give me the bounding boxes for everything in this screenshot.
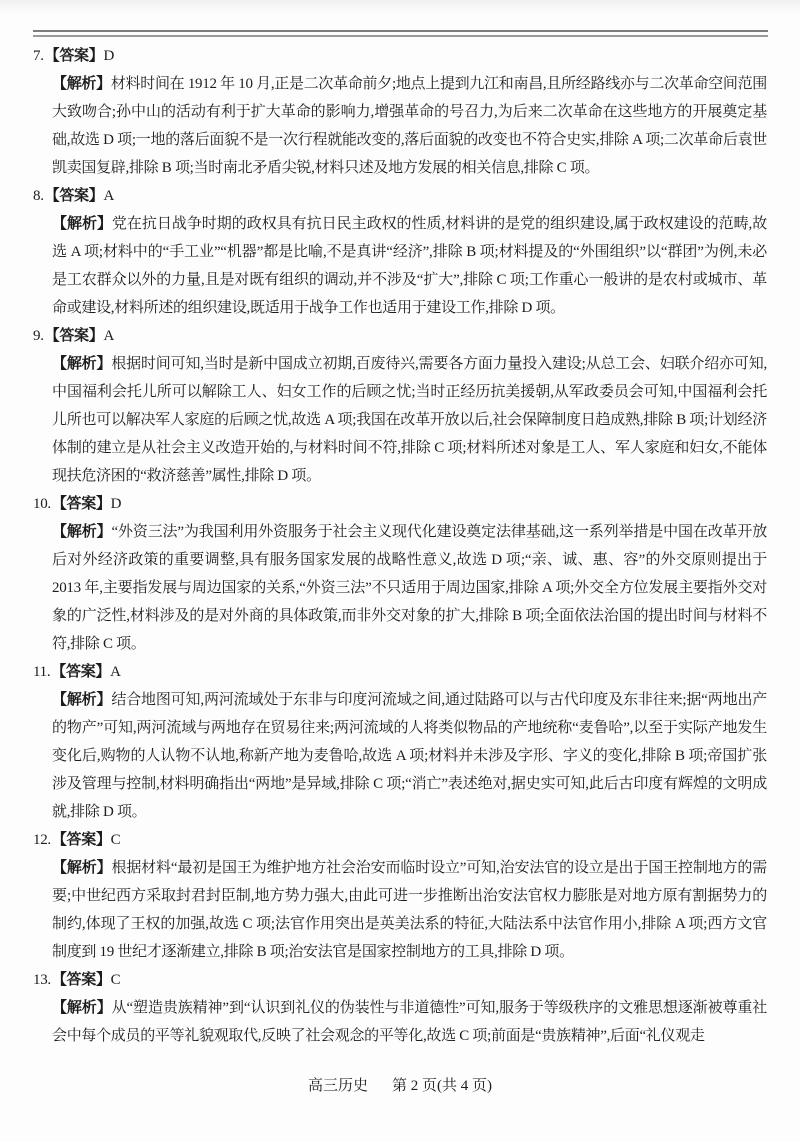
analysis-paragraph: 【解析】从“塑造贵族精神”到“认识到礼仪的伪装性与非道德性”可知,服务于等级秩序… <box>52 994 767 1050</box>
analysis-paragraph: 【解析】根据时间可知,当时是新中国成立初期,百废待兴,需要各方面力量投入建设;从… <box>52 350 767 490</box>
answer-label: 【答案】 <box>52 972 111 988</box>
analysis-label: 【解析】 <box>52 692 111 708</box>
answer-label: 【答案】 <box>52 496 111 512</box>
answer-item: 8.【答案】A 【解析】党在抗日战争时期的政权具有抗日民主政权的性质,材料讲的是… <box>33 182 767 322</box>
analysis-paragraph: 【解析】材料时间在 1912 年 10 月,正是二次革命前夕;地点上提到九江和南… <box>52 70 767 182</box>
analysis-text: “外资三法”为我国利用外资服务于社会主义现代化建设奠定法律基础,这一系列举措是中… <box>52 524 767 652</box>
answer-line: 10.【答案】D <box>33 490 767 518</box>
answer-item: 10.【答案】D 【解析】“外资三法”为我国利用外资服务于社会主义现代化建设奠定… <box>33 490 767 658</box>
page-footer: 高三历史第 2 页(共 4 页) <box>0 1072 800 1100</box>
answer-line: 12.【答案】C <box>33 826 767 854</box>
answer-line: 9.【答案】A <box>33 322 767 350</box>
answer-value: A <box>103 188 114 204</box>
answer-value: A <box>103 328 114 344</box>
answer-value: C <box>111 832 121 848</box>
analysis-paragraph: 【解析】结合地图可知,两河流域处于东非与印度河流域之间,通过陆路可以与古代印度及… <box>52 686 767 826</box>
analysis-text: 根据时间可知,当时是新中国成立初期,百废待兴,需要各方面力量投入建设;从总工会、… <box>52 356 767 484</box>
question-number: 12. <box>33 832 52 848</box>
analysis-text: 材料时间在 1912 年 10 月,正是二次革命前夕;地点上提到九江和南昌,且所… <box>52 76 767 176</box>
footer-course-title: 高三历史 <box>308 1078 368 1094</box>
analysis-label: 【解析】 <box>52 216 112 232</box>
answer-item: 11.【答案】A 【解析】结合地图可知,两河流域处于东非与印度河流域之间,通过陆… <box>33 658 767 826</box>
analysis-text: 结合地图可知,两河流域处于东非与印度河流域之间,通过陆路可以与古代印度及东非往来… <box>52 692 767 820</box>
question-number: 8. <box>33 188 45 204</box>
analysis-label: 【解析】 <box>52 860 111 876</box>
analysis-label: 【解析】 <box>52 524 111 540</box>
answer-key-page: 7.【答案】D 【解析】材料时间在 1912 年 10 月,正是二次革命前夕;地… <box>0 0 800 1142</box>
question-number: 13. <box>33 972 52 988</box>
answer-label: 【答案】 <box>45 48 104 64</box>
answer-item: 9.【答案】A 【解析】根据时间可知,当时是新中国成立初期,百废待兴,需要各方面… <box>33 322 767 490</box>
header-divider <box>33 30 768 37</box>
scan-edge-shade <box>0 0 800 14</box>
answer-label: 【答案】 <box>45 328 104 344</box>
answers-content: 7.【答案】D 【解析】材料时间在 1912 年 10 月,正是二次革命前夕;地… <box>33 42 767 1050</box>
analysis-paragraph: 【解析】根据材料“最初是国王为维护地方社会治安而临时设立”可知,治安法官的设立是… <box>52 854 767 966</box>
analysis-paragraph: 【解析】党在抗日战争时期的政权具有抗日民主政权的性质,材料讲的是党的组织建设,属… <box>52 210 767 322</box>
question-number: 9. <box>33 328 45 344</box>
analysis-label: 【解析】 <box>52 356 111 372</box>
answer-line: 11.【答案】A <box>33 658 767 686</box>
analysis-text: 党在抗日战争时期的政权具有抗日民主政权的性质,材料讲的是党的组织建设,属于政权建… <box>52 216 767 316</box>
question-number: 7. <box>33 48 45 64</box>
footer-page-number: 第 2 页(共 4 页) <box>392 1078 492 1094</box>
answer-line: 8.【答案】A <box>33 182 767 210</box>
answer-label: 【答案】 <box>45 188 104 204</box>
answer-value: D <box>111 496 122 512</box>
question-number: 10. <box>33 496 52 512</box>
analysis-text: 根据材料“最初是国王为维护地方社会治安而临时设立”可知,治安法官的设立是出于国王… <box>52 860 767 960</box>
analysis-label: 【解析】 <box>52 76 111 92</box>
question-number: 11. <box>33 664 51 680</box>
answer-value: C <box>111 972 121 988</box>
answer-line: 7.【答案】D <box>33 42 767 70</box>
analysis-label: 【解析】 <box>52 1000 112 1016</box>
answer-value: A <box>110 664 121 680</box>
analysis-paragraph: 【解析】“外资三法”为我国利用外资服务于社会主义现代化建设奠定法律基础,这一系列… <box>52 518 767 658</box>
analysis-text: 从“塑造贵族精神”到“认识到礼仪的伪装性与非道德性”可知,服务于等级秩序的文雅思… <box>52 1000 767 1044</box>
answer-label: 【答案】 <box>51 664 110 680</box>
answer-value: D <box>103 48 114 64</box>
answer-item: 12.【答案】C 【解析】根据材料“最初是国王为维护地方社会治安而临时设立”可知… <box>33 826 767 966</box>
answer-item: 7.【答案】D 【解析】材料时间在 1912 年 10 月,正是二次革命前夕;地… <box>33 42 767 182</box>
answer-line: 13.【答案】C <box>33 966 767 994</box>
answer-label: 【答案】 <box>52 832 111 848</box>
answer-item: 13.【答案】C 【解析】从“塑造贵族精神”到“认识到礼仪的伪装性与非道德性”可… <box>33 966 767 1050</box>
